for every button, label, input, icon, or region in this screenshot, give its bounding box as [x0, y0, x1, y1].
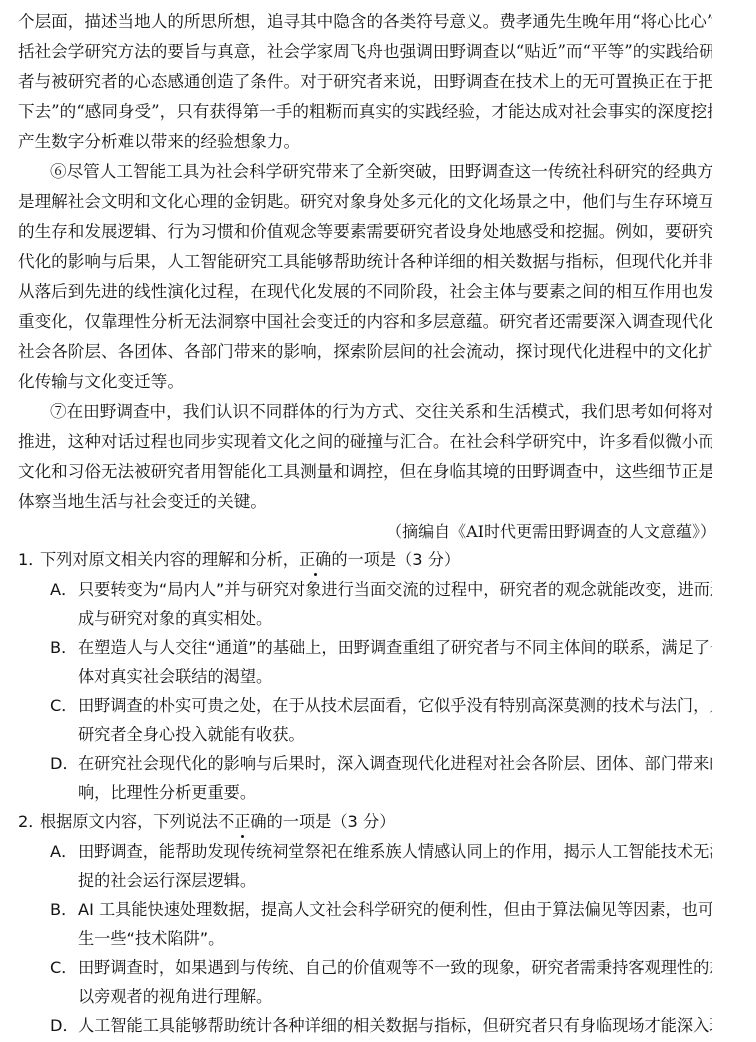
passage-line: 的生存和发展逻辑、行为习惯和价值观念等要素需要研究者设身处地感受和挖掘。例如，要…: [18, 222, 712, 242]
q1-option-c-text: 研究者全身心投入就能有收获。: [78, 725, 712, 745]
exam-page: 个层面，描述当地人的所思所想，追寻其中隐含的各类符号意义。费孝通先生晚年用“将心…: [0, 0, 756, 1042]
q1-option-c-letter: C．: [50, 696, 74, 716]
q1-option-b-text: 在塑造人与人交往“通道”的基础上，田野调查重组了研究者与不同主体间的联系，满足了…: [78, 638, 712, 658]
q1-option-c-text: 田野调查的朴实可贵之处，在于从技术层面看，它似乎没有特别高深莫测的技术与法门，只…: [78, 696, 712, 716]
passage-line: 者与被研究者的心态感通创造了条件。对于研究者来说，田野调查在技术上的无可置换正在…: [18, 72, 712, 92]
q2-option-a-text: 捉的社会运行深层逻辑。: [78, 871, 712, 891]
q1-option-a-letter: A．: [50, 580, 74, 600]
passage-line: 下去”的“感同身受”，只有获得第一手的粗粝而真实的实践经验，才能达成对社会事实的…: [18, 102, 712, 122]
passage-line: 括社会学研究方法的要旨与真意，社会学家周飞舟也强调田野调查以“贴近”而“平等”的…: [18, 42, 712, 62]
question-2-emphasis: 不正确: [218, 812, 267, 832]
passage-line: 从落后到先进的线性演化过程，在现代化发展的不同阶段，社会主体与要素之间的相互作用…: [18, 282, 712, 302]
source-citation: （摘编自《AI时代更需田野调查的人文意蕴》）: [386, 522, 716, 542]
passage-line: 体察当地生活与社会变迁的关键。: [18, 492, 712, 512]
question-2-stem: 根据原文内容，下列说法不正确的一项是（3 分）: [40, 812, 395, 832]
q1-option-a-text: 成与研究对象的真实相处。: [78, 609, 712, 629]
question-1-emphasis: 正确: [299, 550, 331, 570]
q2-option-c-text: 以旁观者的视角进行理解。: [78, 987, 712, 1007]
question-1-stem-before: 下列对原文相关内容的理解和分析，: [40, 550, 299, 569]
q1-option-d-letter: D．: [50, 754, 74, 774]
question-1-stem-after: 的一项是（3 分）: [331, 550, 460, 569]
q1-option-d-text: 在研究社会现代化的影响与后果时，深入调查现代化进程对社会各阶层、团体、部门带来的…: [78, 754, 712, 774]
question-1-stem: 下列对原文相关内容的理解和分析，正确的一项是（3 分）: [40, 550, 460, 570]
q2-option-a-text: 田野调查，能帮助发现传统祠堂祭祀在维系族人情感认同上的作用，揭示人工智能技术无法…: [78, 842, 712, 862]
q2-option-a-letter: A．: [50, 842, 74, 862]
q2-option-c-letter: C．: [50, 958, 74, 978]
passage-line: 是理解社会文明和文化心理的金钥匙。研究对象身处多元化的文化场景之中，他们与生存环…: [18, 192, 712, 212]
question-2-stem-before: 根据原文内容，下列说法: [40, 812, 218, 831]
passage-line: 化传输与文化变迁等。: [18, 372, 712, 392]
q2-option-b-letter: B．: [50, 900, 74, 920]
passage-line: 推进，这种对话过程也同步实现着文化之间的碰撞与汇合。在社会科学研究中，许多看似微…: [18, 432, 712, 452]
passage-line: 文化和习俗无法被研究者用智能化工具测量和调控，但在身临其境的田野调查中，这些细节…: [18, 462, 712, 482]
passage-line: 产生数字分析难以带来的经验想象力。: [18, 132, 712, 152]
paragraph-7-start: ⑦在田野调查中，我们认识不同群体的行为方式、交往关系和生活模式，我们思考如何将对…: [50, 402, 712, 422]
q2-option-d-text: 人工智能工具能够帮助统计各种详细的相关数据与指标，但研究者只有身临现场才能深入理…: [78, 1016, 712, 1036]
q2-option-b-text: 生一些“技术陷阱”。: [78, 929, 712, 949]
passage-line: 代化的影响与后果，人工智能研究工具能够帮助统计各种详细的相关数据与指标，但现代化…: [18, 252, 712, 272]
q1-option-d-text: 响，比理性分析更重要。: [78, 783, 712, 803]
q1-option-b-text: 体对真实社会联结的渴望。: [78, 667, 712, 687]
question-2-stem-after: 的一项是（3 分）: [267, 812, 396, 831]
paragraph-6-start: ⑥尽管人工智能工具为社会科学研究带来了全新突破，田野调查这一传统社科研究的经典方…: [50, 162, 712, 182]
q2-option-b-text: AI 工具能快速处理数据，提高人文社会科学研究的便利性，但由于算法偏见等因素，也…: [78, 900, 712, 920]
q1-option-b-letter: B．: [50, 638, 74, 658]
q2-option-c-text: 田野调查时，如果遇到与传统、自己的价值观等不一致的现象，研究者需秉持客观理性的态…: [78, 958, 712, 978]
passage-line: 社会各阶层、各团体、各部门带来的影响，探索阶层间的社会流动，探讨现代化进程中的文…: [18, 342, 712, 362]
passage-line: 重变化，仅靠理性分析无法洞察中国社会变迁的内容和多层意蕴。研究者还需要深入调查现…: [18, 312, 712, 332]
passage-line: 个层面，描述当地人的所思所想，追寻其中隐含的各类符号意义。费孝通先生晚年用“将心…: [18, 12, 712, 32]
q1-option-a-text: 只要转变为“局内人”并与研究对象进行当面交流的过程中，研究者的观念就能改变，进而…: [78, 580, 712, 600]
q2-option-d-letter: D．: [50, 1016, 74, 1036]
